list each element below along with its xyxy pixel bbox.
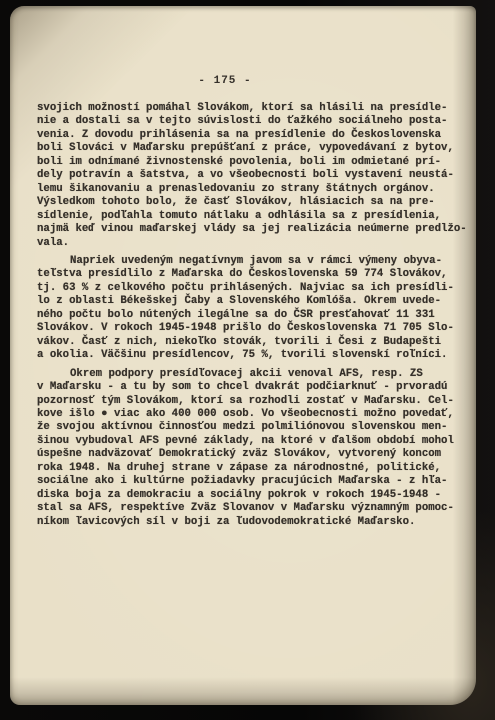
paragraph: Napriek uvedeným negatívnym javom sa v r… [37,255,449,363]
page-number: - 175 - [19,75,431,87]
book-page: - 175 - svojich možností pomáhal Slováko… [10,6,476,705]
paragraph: Okrem podpory presídľovacej akcii venova… [37,368,449,529]
text-column: - 175 - svojich možností pomáhal Slováko… [37,6,449,534]
paragraph: svojich možností pomáhal Slovákom, ktorí… [37,102,449,250]
scan-background: - 175 - svojich možností pomáhal Slováko… [0,0,495,720]
